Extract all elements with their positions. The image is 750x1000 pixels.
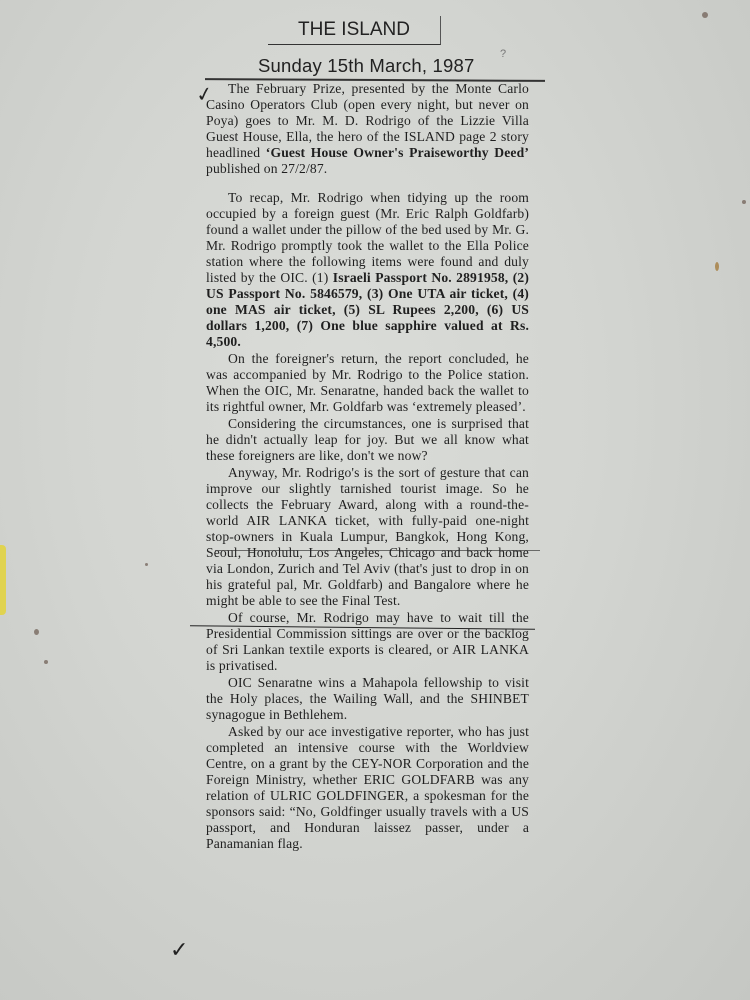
speck bbox=[742, 200, 746, 204]
speck bbox=[34, 629, 39, 635]
yellow-stain bbox=[0, 545, 6, 615]
speck bbox=[702, 12, 708, 18]
publication-date: Sunday 15th March, 1987 bbox=[258, 55, 474, 77]
article-paragraph: Anyway, Mr. Rodrigo's is the sort of ges… bbox=[206, 465, 529, 608]
article-paragraph: OIC Senaratne wins a Mahapola fellowship… bbox=[206, 675, 529, 723]
speck bbox=[145, 563, 148, 566]
newspaper-masthead: THE ISLAND bbox=[268, 16, 441, 45]
article-paragraph: Of course, Mr. Rodrigo may have to wait … bbox=[206, 610, 529, 674]
article-paragraph: On the foreigner's return, the report co… bbox=[206, 351, 529, 415]
article-paragraph: Asked by our ace investigative reporter,… bbox=[206, 724, 529, 851]
pencil-annotation: ? bbox=[500, 48, 506, 60]
article-paragraph: The February Prize, presented by the Mon… bbox=[206, 81, 529, 176]
article-paragraph: Considering the circumstances, one is su… bbox=[206, 416, 529, 464]
article-column: The February Prize, presented by the Mon… bbox=[206, 81, 529, 853]
check-mark-icon: ✓ bbox=[170, 938, 188, 963]
speck bbox=[44, 660, 48, 664]
pen-underline bbox=[215, 550, 540, 551]
speck bbox=[715, 262, 719, 271]
article-paragraph: To recap, Mr. Rodrigo when tidying up th… bbox=[206, 190, 529, 349]
